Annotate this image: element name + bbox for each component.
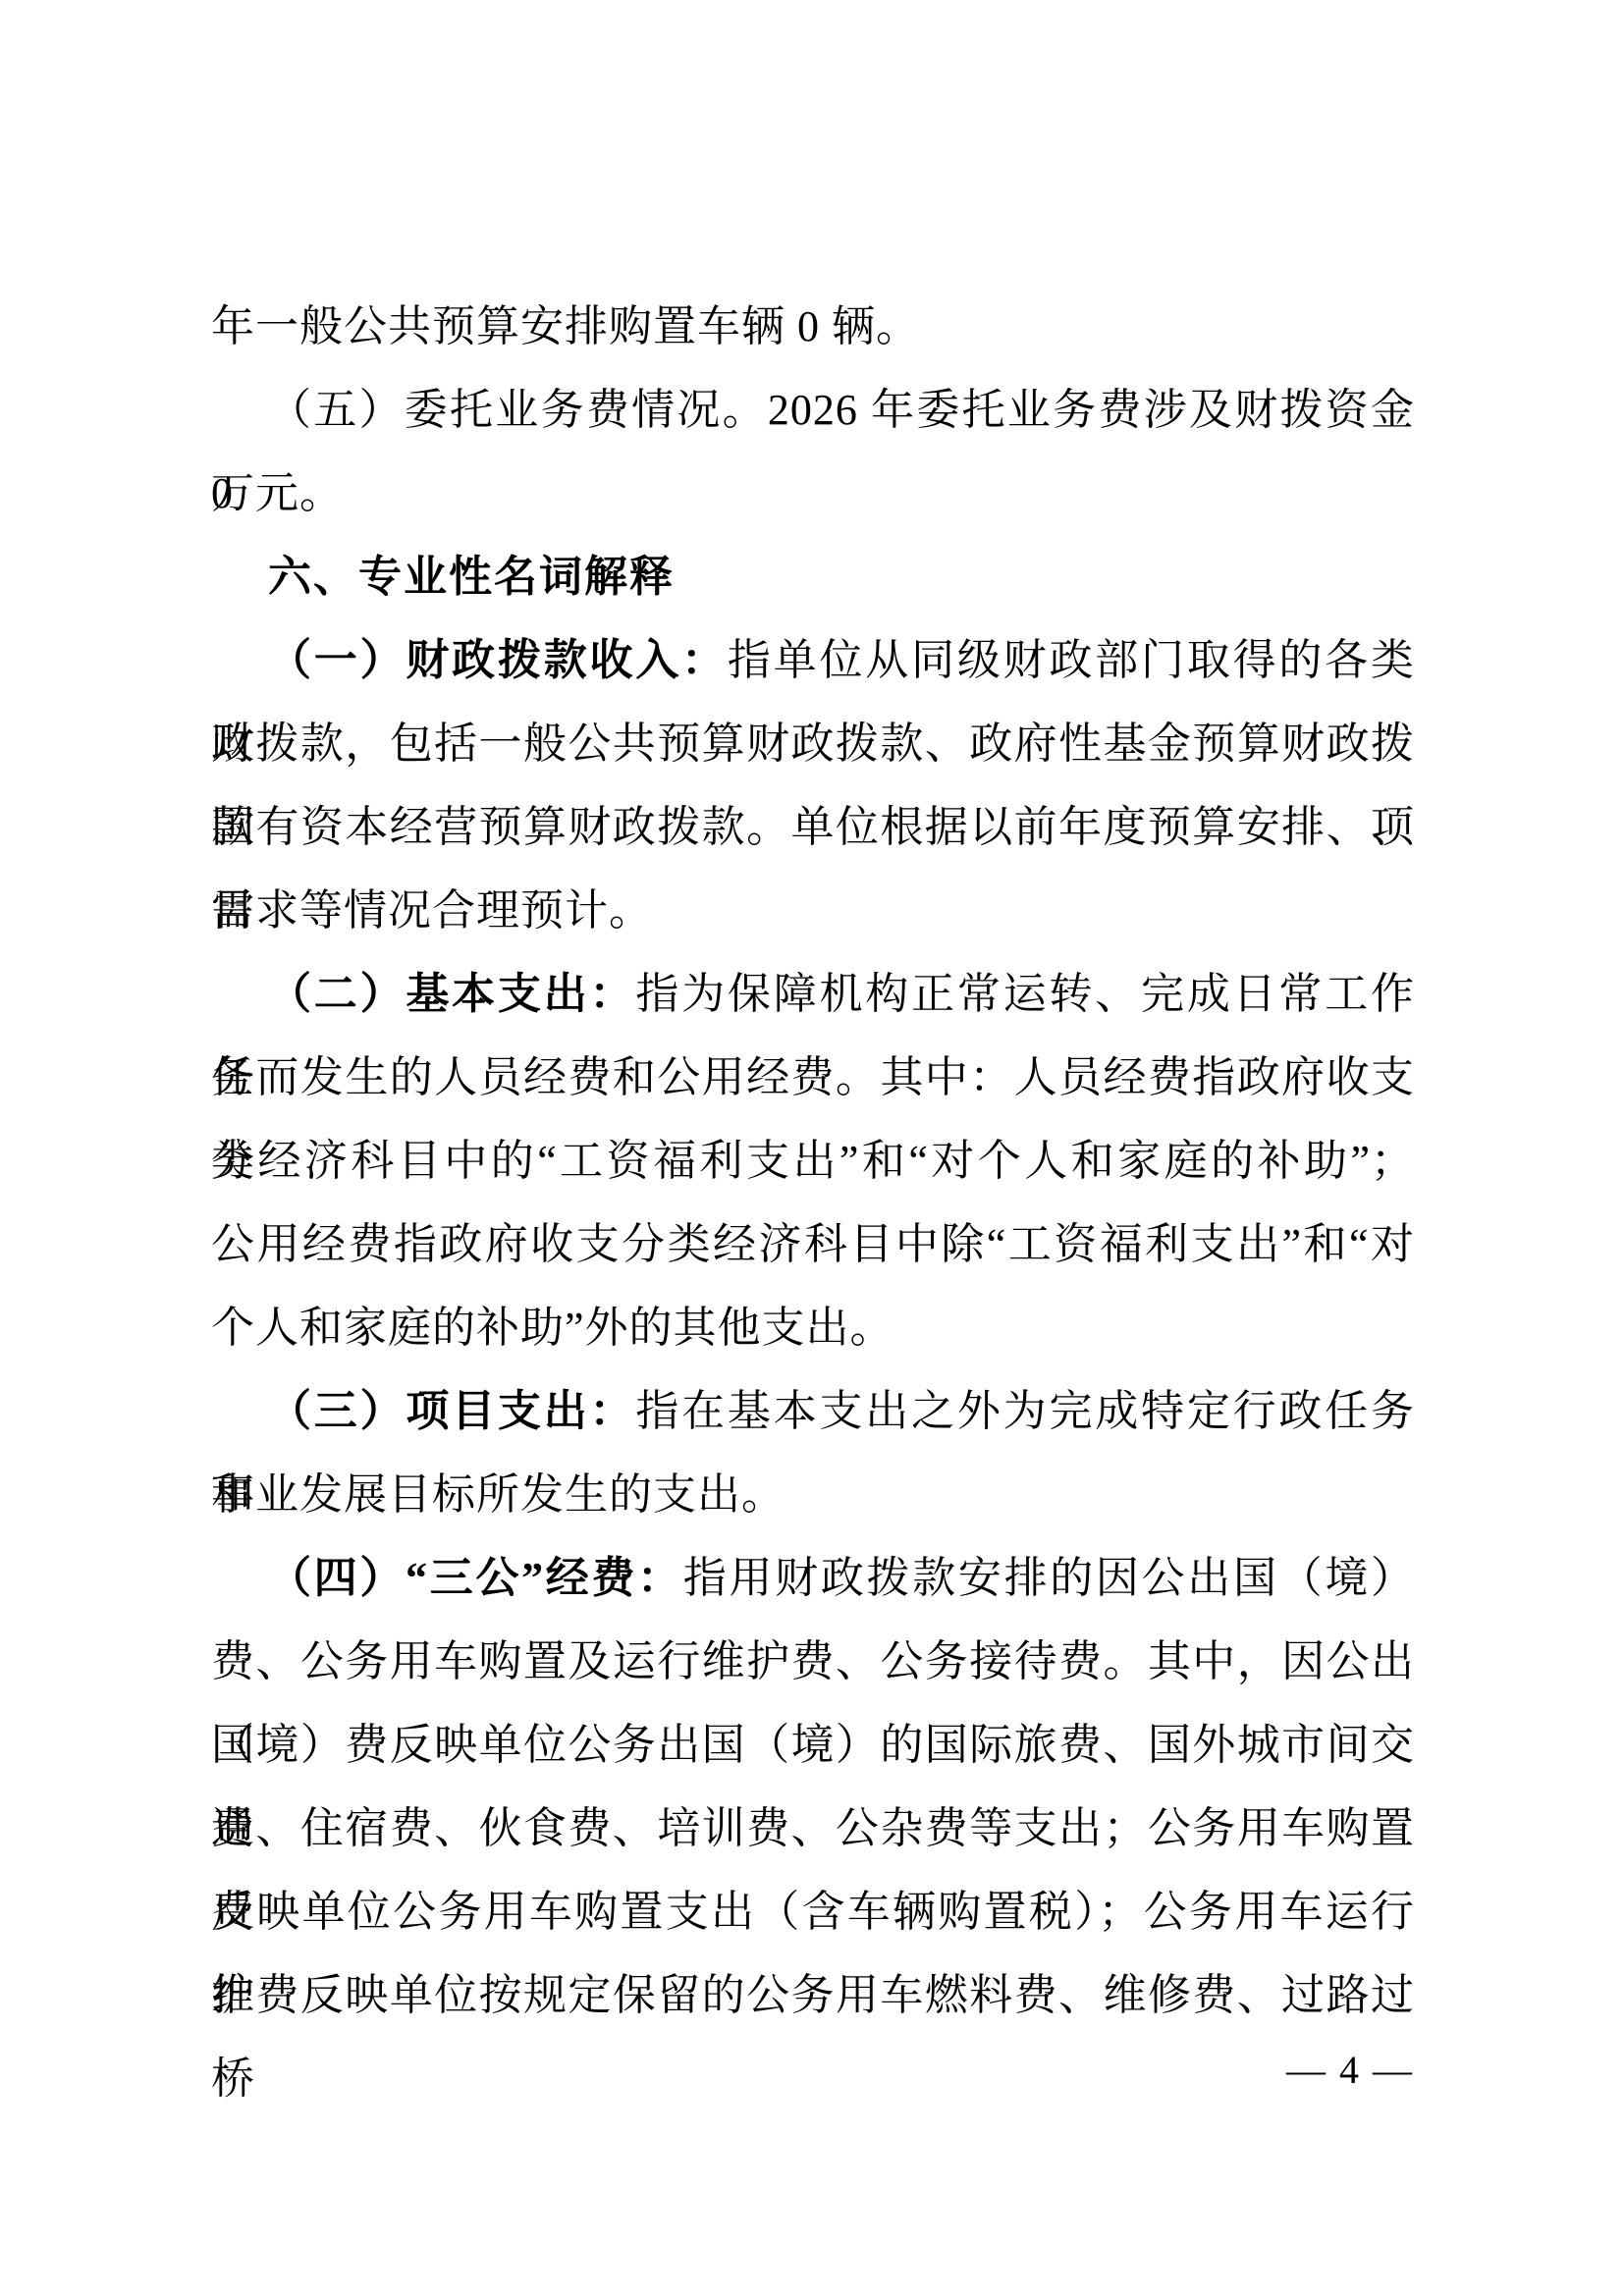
- paragraph-line: 公用经费指政府收支分类经济科目中除“工资福利支出”和“对: [211, 1202, 1415, 1286]
- paragraph-line: 务而发生的人员经费和公用经费。其中：人员经费指政府收支分: [211, 1036, 1415, 1119]
- paragraph-line: 年一般公共预算安排购置车辆 0 辆。: [211, 285, 1415, 368]
- paragraph-line: 类经济科目中的“工资福利支出”和“对个人和家庭的补助”；: [211, 1119, 1415, 1202]
- paragraph-line: （三）项目支出：指在基本支出之外为完成特定行政任务和: [211, 1369, 1415, 1453]
- paragraph-line: 反映单位公务用车购置支出（含车辆购置税）；公务用车运行维: [211, 1870, 1415, 1953]
- paragraph-text: 指用财政拨款安排的因公出国（境）: [683, 1554, 1415, 1602]
- document-body: 年一般公共预算安排购置车辆 0 辆。 （五）委托业务费情况。2026 年委托业务…: [211, 285, 1415, 2037]
- paragraph-line: 万元。: [211, 452, 1415, 535]
- term-label: （四）“三公”经费：: [268, 1554, 683, 1602]
- term-label: （一）财政拨款收入：: [268, 636, 728, 684]
- paragraph-line: （二）基本支出：指为保障机构正常运转、完成日常工作任: [211, 952, 1415, 1036]
- paragraph-line: （一）财政拨款收入：指单位从同级财政部门取得的各类财: [211, 618, 1415, 702]
- paragraph-line: 政拨款，包括一般公共预算财政拨款、政府性基金预算财政拨款、: [211, 702, 1415, 785]
- page-number: — 4 —: [1286, 2047, 1414, 2094]
- paragraph-line: （四）“三公”经费：指用财政拨款安排的因公出国（境）: [211, 1536, 1415, 1620]
- paragraph-line: 事业发展目标所发生的支出。: [211, 1453, 1415, 1536]
- paragraph-line: 需求等情况合理预计。: [211, 869, 1415, 952]
- paragraph-line: 费、公务用车购置及运行维护费、公务接待费。其中，因公出国: [211, 1620, 1415, 1703]
- paragraph-line: 护费反映单位按规定保留的公务用车燃料费、维修费、过路过桥: [211, 1953, 1415, 2037]
- paragraph-line: 国有资本经营预算财政拨款。单位根据以前年度预算安排、项目: [211, 785, 1415, 869]
- paragraph-line: （五）委托业务费情况。2026 年委托业务费涉及财拨资金 0: [211, 368, 1415, 452]
- paragraph-line: （境）费反映单位公务出国（境）的国际旅费、国外城市间交通: [211, 1703, 1415, 1787]
- section-heading: 六、专业性名词解释: [211, 535, 1415, 618]
- document-page: 年一般公共预算安排购置车辆 0 辆。 （五）委托业务费情况。2026 年委托业务…: [0, 0, 1624, 2296]
- term-label: （二）基本支出：: [268, 970, 635, 1018]
- paragraph-line: 个人和家庭的补助”外的其他支出。: [211, 1286, 1415, 1369]
- term-label: （三）项目支出：: [268, 1387, 635, 1435]
- paragraph-line: 费、住宿费、伙食费、培训费、公杂费等支出；公务用车购置费: [211, 1787, 1415, 1870]
